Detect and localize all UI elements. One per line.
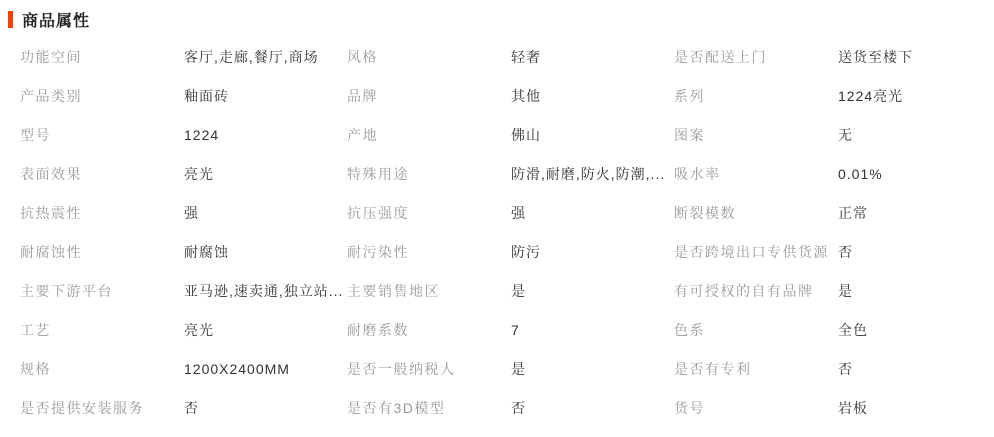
attribute-value: 亚马逊,速卖通,独立站... <box>184 281 343 301</box>
attribute-value: 0.01% <box>838 166 883 182</box>
attribute-value: 7 <box>511 322 520 338</box>
attribute-cell: 耐污染性 防污 <box>347 232 674 271</box>
attribute-cell: 品牌 其他 <box>347 76 674 115</box>
attribute-cell: 产地 佛山 <box>347 115 674 154</box>
attribute-label: 图案 <box>674 125 838 145</box>
attribute-cell: 是否一般纳税人 是 <box>347 349 674 388</box>
attribute-label: 是否提供安装服务 <box>20 398 184 418</box>
attribute-value: 亮光 <box>184 164 214 184</box>
attribute-value: 强 <box>184 203 199 223</box>
attribute-value: 全色 <box>838 320 868 340</box>
attribute-label: 耐污染性 <box>347 242 511 262</box>
attribute-value: 是 <box>511 359 526 379</box>
attribute-value: 1224 <box>184 127 219 143</box>
attribute-cell: 图案 无 <box>674 115 994 154</box>
accent-bar-icon <box>8 11 13 28</box>
attribute-cell: 是否有专利 否 <box>674 349 994 388</box>
attribute-value: 送货至楼下 <box>838 47 913 67</box>
attribute-label: 表面效果 <box>20 164 184 184</box>
attribute-label: 是否配送上门 <box>674 47 838 67</box>
attribute-value: 轻奢 <box>511 47 541 67</box>
attribute-label: 特殊用途 <box>347 164 511 184</box>
section-title: 商品属性 <box>22 8 90 31</box>
attribute-cell: 工艺 亮光 <box>20 310 347 349</box>
attribute-cell: 抗压强度 强 <box>347 193 674 232</box>
attribute-label: 功能空间 <box>20 47 184 67</box>
attribute-value: 1200X2400MM <box>184 361 290 377</box>
attribute-label: 是否有3D模型 <box>347 398 511 418</box>
attribute-cell: 有可授权的自有品牌 是 <box>674 271 994 310</box>
attribute-value: 否 <box>838 242 853 262</box>
attribute-value: 佛山 <box>511 125 541 145</box>
attribute-label: 断裂模数 <box>674 203 838 223</box>
attribute-cell: 主要销售地区 是 <box>347 271 674 310</box>
attribute-cell: 特殊用途 防滑,耐磨,防火,防潮,... <box>347 154 674 193</box>
attribute-cell: 是否提供安装服务 否 <box>20 388 347 427</box>
attribute-label: 货号 <box>674 398 838 418</box>
attribute-value: 是 <box>511 281 526 301</box>
attribute-label: 吸水率 <box>674 164 838 184</box>
attribute-label: 是否跨境出口专供货源 <box>674 242 838 262</box>
attribute-value: 否 <box>511 398 526 418</box>
attribute-cell: 货号 岩板 <box>674 388 994 427</box>
attribute-value: 釉面砖 <box>184 86 229 106</box>
attribute-label: 系列 <box>674 86 838 106</box>
attribute-label: 品牌 <box>347 86 511 106</box>
attribute-cell: 系列 1224亮光 <box>674 76 994 115</box>
attribute-value: 1224亮光 <box>838 86 903 106</box>
attribute-cell: 是否跨境出口专供货源 否 <box>674 232 994 271</box>
attribute-cell: 规格 1200X2400MM <box>20 349 347 388</box>
attribute-label: 型号 <box>20 125 184 145</box>
attribute-value: 客厅,走廊,餐厅,商场 <box>184 47 319 67</box>
attribute-cell: 抗热震性 强 <box>20 193 347 232</box>
attribute-cell: 表面效果 亮光 <box>20 154 347 193</box>
attribute-value: 是 <box>838 281 853 301</box>
attribute-cell: 是否配送上门 送货至楼下 <box>674 37 994 76</box>
attribute-value: 其他 <box>511 86 541 106</box>
attribute-cell: 色系 全色 <box>674 310 994 349</box>
attribute-value: 正常 <box>838 203 868 223</box>
attribute-label: 风格 <box>347 47 511 67</box>
attribute-label: 规格 <box>20 359 184 379</box>
attribute-value: 耐腐蚀 <box>184 242 229 262</box>
attribute-value: 岩板 <box>838 398 868 418</box>
attribute-label: 色系 <box>674 320 838 340</box>
attribute-cell: 耐腐蚀性 耐腐蚀 <box>20 232 347 271</box>
attribute-label: 是否有专利 <box>674 359 838 379</box>
attribute-cell: 型号 1224 <box>20 115 347 154</box>
attribute-cell: 功能空间 客厅,走廊,餐厅,商场 <box>20 37 347 76</box>
attribute-cell: 风格 轻奢 <box>347 37 674 76</box>
attribute-value: 否 <box>838 359 853 379</box>
attribute-value: 亮光 <box>184 320 214 340</box>
attribute-value: 防滑,耐磨,防火,防潮,... <box>511 164 665 184</box>
attribute-label: 耐磨系数 <box>347 320 511 340</box>
attribute-cell: 断裂模数 正常 <box>674 193 994 232</box>
attribute-value: 无 <box>838 125 853 145</box>
section-header: 商品属性 <box>0 0 994 30</box>
attribute-label: 是否一般纳税人 <box>347 359 511 379</box>
attribute-cell: 主要下游平台 亚马逊,速卖通,独立站... <box>20 271 347 310</box>
attribute-value: 强 <box>511 203 526 223</box>
attribute-cell: 产品类别 釉面砖 <box>20 76 347 115</box>
attribute-label: 抗压强度 <box>347 203 511 223</box>
attribute-label: 主要下游平台 <box>20 281 184 301</box>
attribute-label: 耐腐蚀性 <box>20 242 184 262</box>
attribute-label: 有可授权的自有品牌 <box>674 281 838 301</box>
attribute-label: 抗热震性 <box>20 203 184 223</box>
attribute-value: 防污 <box>511 242 541 262</box>
attribute-label: 产品类别 <box>20 86 184 106</box>
attribute-value: 否 <box>184 398 199 418</box>
attribute-label: 工艺 <box>20 320 184 340</box>
attribute-label: 主要销售地区 <box>347 281 511 301</box>
attribute-cell: 吸水率 0.01% <box>674 154 994 193</box>
attribute-cell: 是否有3D模型 否 <box>347 388 674 427</box>
attribute-cell: 耐磨系数 7 <box>347 310 674 349</box>
attributes-grid: 功能空间 客厅,走廊,餐厅,商场 风格 轻奢 是否配送上门 送货至楼下 产品类别… <box>20 37 994 427</box>
attribute-label: 产地 <box>347 125 511 145</box>
product-attributes-section: 商品属性 功能空间 客厅,走廊,餐厅,商场 风格 轻奢 是否配送上门 送货至楼下… <box>0 0 994 437</box>
